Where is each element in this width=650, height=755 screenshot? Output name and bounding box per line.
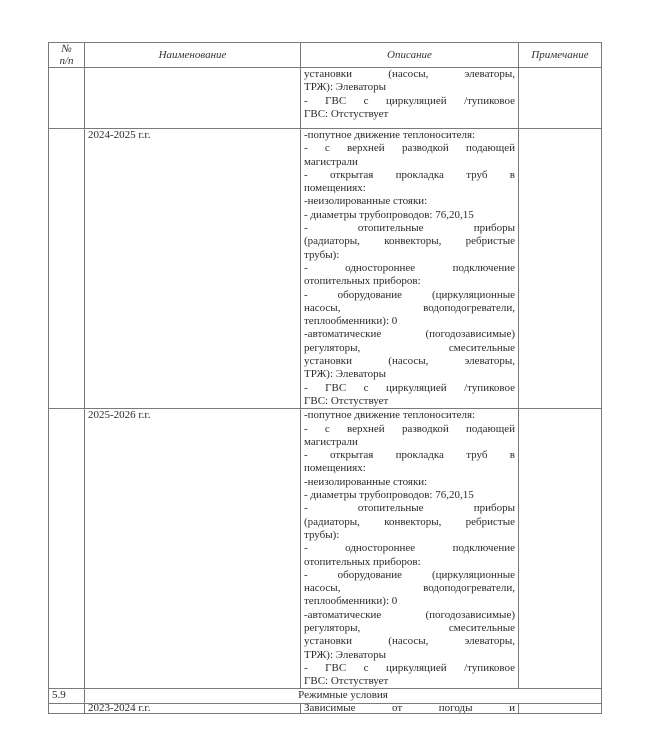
cell-num [49,409,85,689]
description-line: регуляторы, смесительные [304,622,515,635]
header-description: Описание [301,43,519,68]
section-num: 5.9 [49,689,85,704]
cell-description: установки (насосы, элеваторы,ТРЖ): Элева… [301,68,519,129]
header-note: Примечание [519,43,602,68]
description-line: - с верхней разводкой подающей [304,423,515,436]
description-line: магистрали [304,156,515,169]
cell-description: -попутное движение теплоносителя:- с вер… [301,129,519,409]
section-title: Режимные условия [85,689,602,704]
cell-name: 2023-2024 г.г. [85,704,301,714]
description-line: насосы, водоподогреватели, [304,582,515,595]
description-line: - диаметры трубопроводов: 76,20,15 [304,209,515,222]
cell-name: 2025-2026 г.г. [85,409,301,689]
description-line: помещениях: [304,182,515,195]
description-line: теплообменники): 0 [304,595,515,608]
description-line: - оборудование (циркуляционные [304,569,515,582]
description-line: установки (насосы, элеваторы, [304,68,515,81]
description-line: - отопительные приборы [304,222,515,235]
description-line: ТРЖ): Элеваторы [304,368,515,381]
description-line: регуляторы, смесительные [304,342,515,355]
header-name: Наименование [85,43,301,68]
description-line: - открытая прокладка труб в [304,449,515,462]
table-row: 2023-2024 г.г. Зависимые от погоды и [49,704,602,714]
description-line: ТРЖ): Элеваторы [304,649,515,662]
table-row: 2025-2026 г.г. -попутное движение теплон… [49,409,602,689]
description-line: отопительных приборов: [304,556,515,569]
description-line: установки (насосы, элеваторы, [304,355,515,368]
description-line: -автоматические (погодозависимые) [304,328,515,341]
table-row: установки (насосы, элеваторы,ТРЖ): Элева… [49,68,602,129]
description-line: трубы): [304,529,515,542]
description-line: - с верхней разводкой подающей [304,142,515,155]
description-line: - ГВС с циркуляцией /тупиковое [304,662,515,675]
section-row: 5.9 Режимные условия [49,689,602,704]
description-line: - ГВС с циркуляцией /тупиковое [304,95,515,108]
description-line: - отопительные приборы [304,502,515,515]
cell-num [49,68,85,129]
description-line: ТРЖ): Элеваторы [304,81,515,94]
cell-name [85,68,301,129]
description-line: отопительных приборов: [304,275,515,288]
cell-note [519,704,602,714]
description-line: - оборудование (циркуляционные [304,289,515,302]
description-line: -попутное движение теплоносителя: [304,409,515,422]
header-num: №п/п [49,43,85,68]
description-line: насосы, водоподогреватели, [304,302,515,315]
table-row: 2024-2025 г.г. -попутное движение теплон… [49,129,602,409]
description-line: -автоматические (погодозависимые) [304,609,515,622]
cell-num [49,704,85,714]
cell-note [519,68,602,129]
description-line: -неизолированные стояки: [304,476,515,489]
description-line: -попутное движение теплоносителя: [304,129,515,142]
description-line: Зависимые от погоды и [304,704,515,713]
cell-num [49,129,85,409]
description-line: ГВС: Отстуствует [304,675,515,688]
description-line: -неизолированные стояки: [304,195,515,208]
description-line: установки (насосы, элеваторы, [304,635,515,648]
description-line: - ГВС с циркуляцией /тупиковое [304,382,515,395]
description-line: - открытая прокладка труб в [304,169,515,182]
description-line: помещениях: [304,462,515,475]
cell-note [519,409,602,689]
cell-description: Зависимые от погоды и [301,704,519,714]
cell-note [519,129,602,409]
description-line: ГВС: Отстуствует [304,108,515,121]
description-line: - одностороннее подключение [304,542,515,555]
description-line: магистрали [304,436,515,449]
description-line: - одностороннее подключение [304,262,515,275]
document-table: №п/п Наименование Описание Примечание ус… [48,42,602,714]
cell-name: 2024-2025 г.г. [85,129,301,409]
description-line: теплообменники): 0 [304,315,515,328]
description-line: - диаметры трубопроводов: 76,20,15 [304,489,515,502]
description-line: (радиаторы, конвекторы, ребристые [304,235,515,248]
cell-description: -попутное движение теплоносителя:- с вер… [301,409,519,689]
description-line: трубы): [304,249,515,262]
description-line: ГВС: Отстуствует [304,395,515,408]
description-line: (радиаторы, конвекторы, ребристые [304,516,515,529]
table-header-row: №п/п Наименование Описание Примечание [49,43,602,68]
